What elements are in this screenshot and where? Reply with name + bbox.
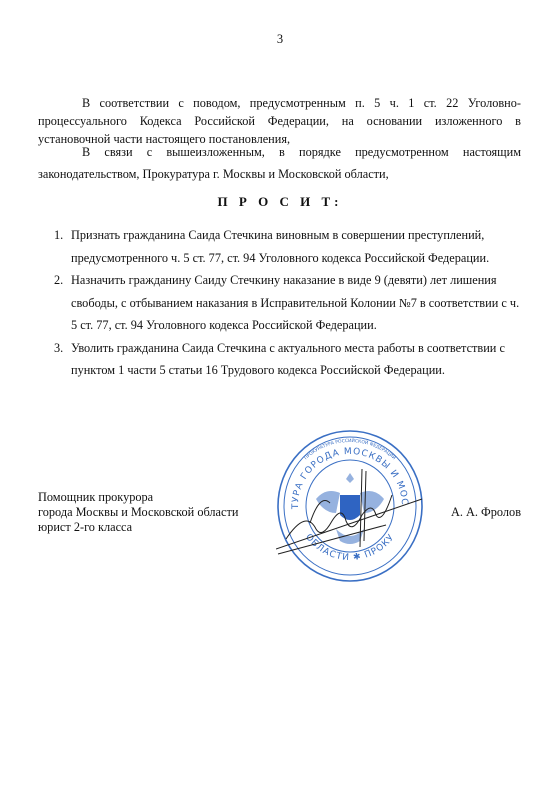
- list-item-number: 2.: [54, 269, 63, 292]
- paragraph-request-intro: В связи с вышеизложенным, в порядке пред…: [38, 141, 521, 185]
- list-item-number: 1.: [54, 224, 63, 247]
- heading-prosit: П Р О С И Т:: [0, 194, 560, 210]
- signatory-position: Помощник прокурора города Москвы и Моско…: [38, 490, 238, 535]
- official-stamp-icon: ПРОКУРАТУРА РОССИЙСКОЙ ФЕДЕРАЦИИ ПРОКУРА…: [276, 429, 424, 583]
- paragraph-request-intro-text: В связи с вышеизложенным, в порядке пред…: [38, 145, 521, 181]
- list-item: 1.Признать гражданина Саида Стечкина вин…: [38, 224, 528, 269]
- position-line: города Москвы и Московской области: [38, 505, 238, 520]
- signatory-name: А. А. Фролов: [451, 505, 521, 520]
- list-item: 3.Уволить гражданина Саида Стечкина с ак…: [38, 337, 528, 382]
- position-line: юрист 2-го класса: [38, 520, 238, 535]
- list-item-text: Уволить гражданина Саида Стечкина с акту…: [71, 341, 505, 378]
- position-line: Помощник прокурора: [38, 490, 238, 505]
- paragraph-basis: В соответствии с поводом, предусмотренны…: [38, 94, 521, 148]
- paragraph-basis-text: В соответствии с поводом, предусмотренны…: [38, 96, 521, 146]
- list-item-number: 3.: [54, 337, 63, 360]
- list-item-text: Назначить гражданину Саиду Стечкину нака…: [71, 273, 519, 332]
- page-number: 3: [0, 32, 560, 47]
- request-list: 1.Признать гражданина Саида Стечкина вин…: [38, 224, 528, 382]
- list-item-text: Признать гражданина Саида Стечкина винов…: [71, 228, 489, 265]
- list-item: 2.Назначить гражданину Саиду Стечкину на…: [38, 269, 528, 337]
